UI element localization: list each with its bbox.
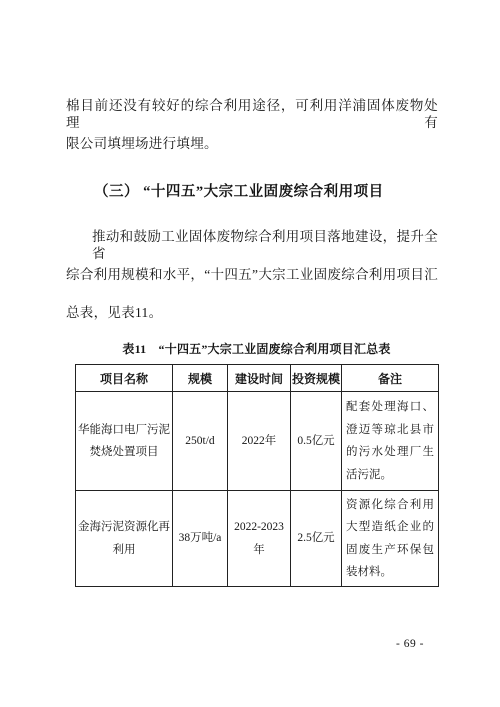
page-number: - 69 - — [396, 638, 424, 650]
cell-remark: 资源化综合利用大型造纸企业的固废生产环保包装材料。 — [342, 491, 439, 587]
cell-build-time: 2022-2023年 — [228, 491, 291, 587]
summary-table: 项目名称 规模 建设时间 投资规模 备注 华能海口电厂污泥焚烧处置项目 250t… — [75, 364, 439, 587]
cell-investment: 2.5亿元 — [291, 491, 342, 587]
paragraph2-line3: 总表，见表11。 — [66, 304, 162, 321]
col-header-investment: 投资规模 — [291, 365, 342, 392]
paragraph2-line1: 推动和鼓励工业固体废物综合利用项目落地建设，提升全省 — [92, 228, 438, 262]
table-header-row: 项目名称 规模 建设时间 投资规模 备注 — [76, 365, 439, 392]
paragraph2-line2: 综合利用规模和水平，“十四五”大宗工业固废综合利用项目汇 — [66, 266, 438, 283]
paragraph1-line2: 限公司填埋场进行填埋。 — [66, 135, 218, 152]
section-heading: （三） “十四五”大宗工业固废综合利用项目 — [94, 180, 384, 201]
table-caption: 表11 “十四五”大宗工业固废综合利用项目汇总表 — [75, 340, 438, 357]
cell-scale: 38万吨/a — [173, 491, 228, 587]
table-row: 华能海口电厂污泥焚烧处置项目 250t/d 2022年 0.5亿元 配套处理海口… — [76, 392, 439, 491]
cell-investment: 0.5亿元 — [291, 392, 342, 491]
paragraph1-line1: 棉目前还没有较好的综合利用途径，可利用洋浦固体废物处理有 — [66, 97, 438, 131]
cell-build-time: 2022年 — [228, 392, 291, 491]
cell-scale: 250t/d — [173, 392, 228, 491]
document-page: 棉目前还没有较好的综合利用途径，可利用洋浦固体废物处理有 限公司填埋场进行填埋。… — [0, 0, 500, 707]
col-header-build-time: 建设时间 — [228, 365, 291, 392]
cell-project-name: 金海污泥资源化再利用 — [76, 491, 173, 587]
cell-project-name: 华能海口电厂污泥焚烧处置项目 — [76, 392, 173, 491]
col-header-project-name: 项目名称 — [76, 365, 173, 392]
col-header-scale: 规模 — [173, 365, 228, 392]
cell-remark: 配套处理海口、澄迈等琼北县市的污水处理厂生活污泥。 — [342, 392, 439, 491]
col-header-remark: 备注 — [342, 365, 439, 392]
table-row: 金海污泥资源化再利用 38万吨/a 2022-2023年 2.5亿元 资源化综合… — [76, 491, 439, 587]
